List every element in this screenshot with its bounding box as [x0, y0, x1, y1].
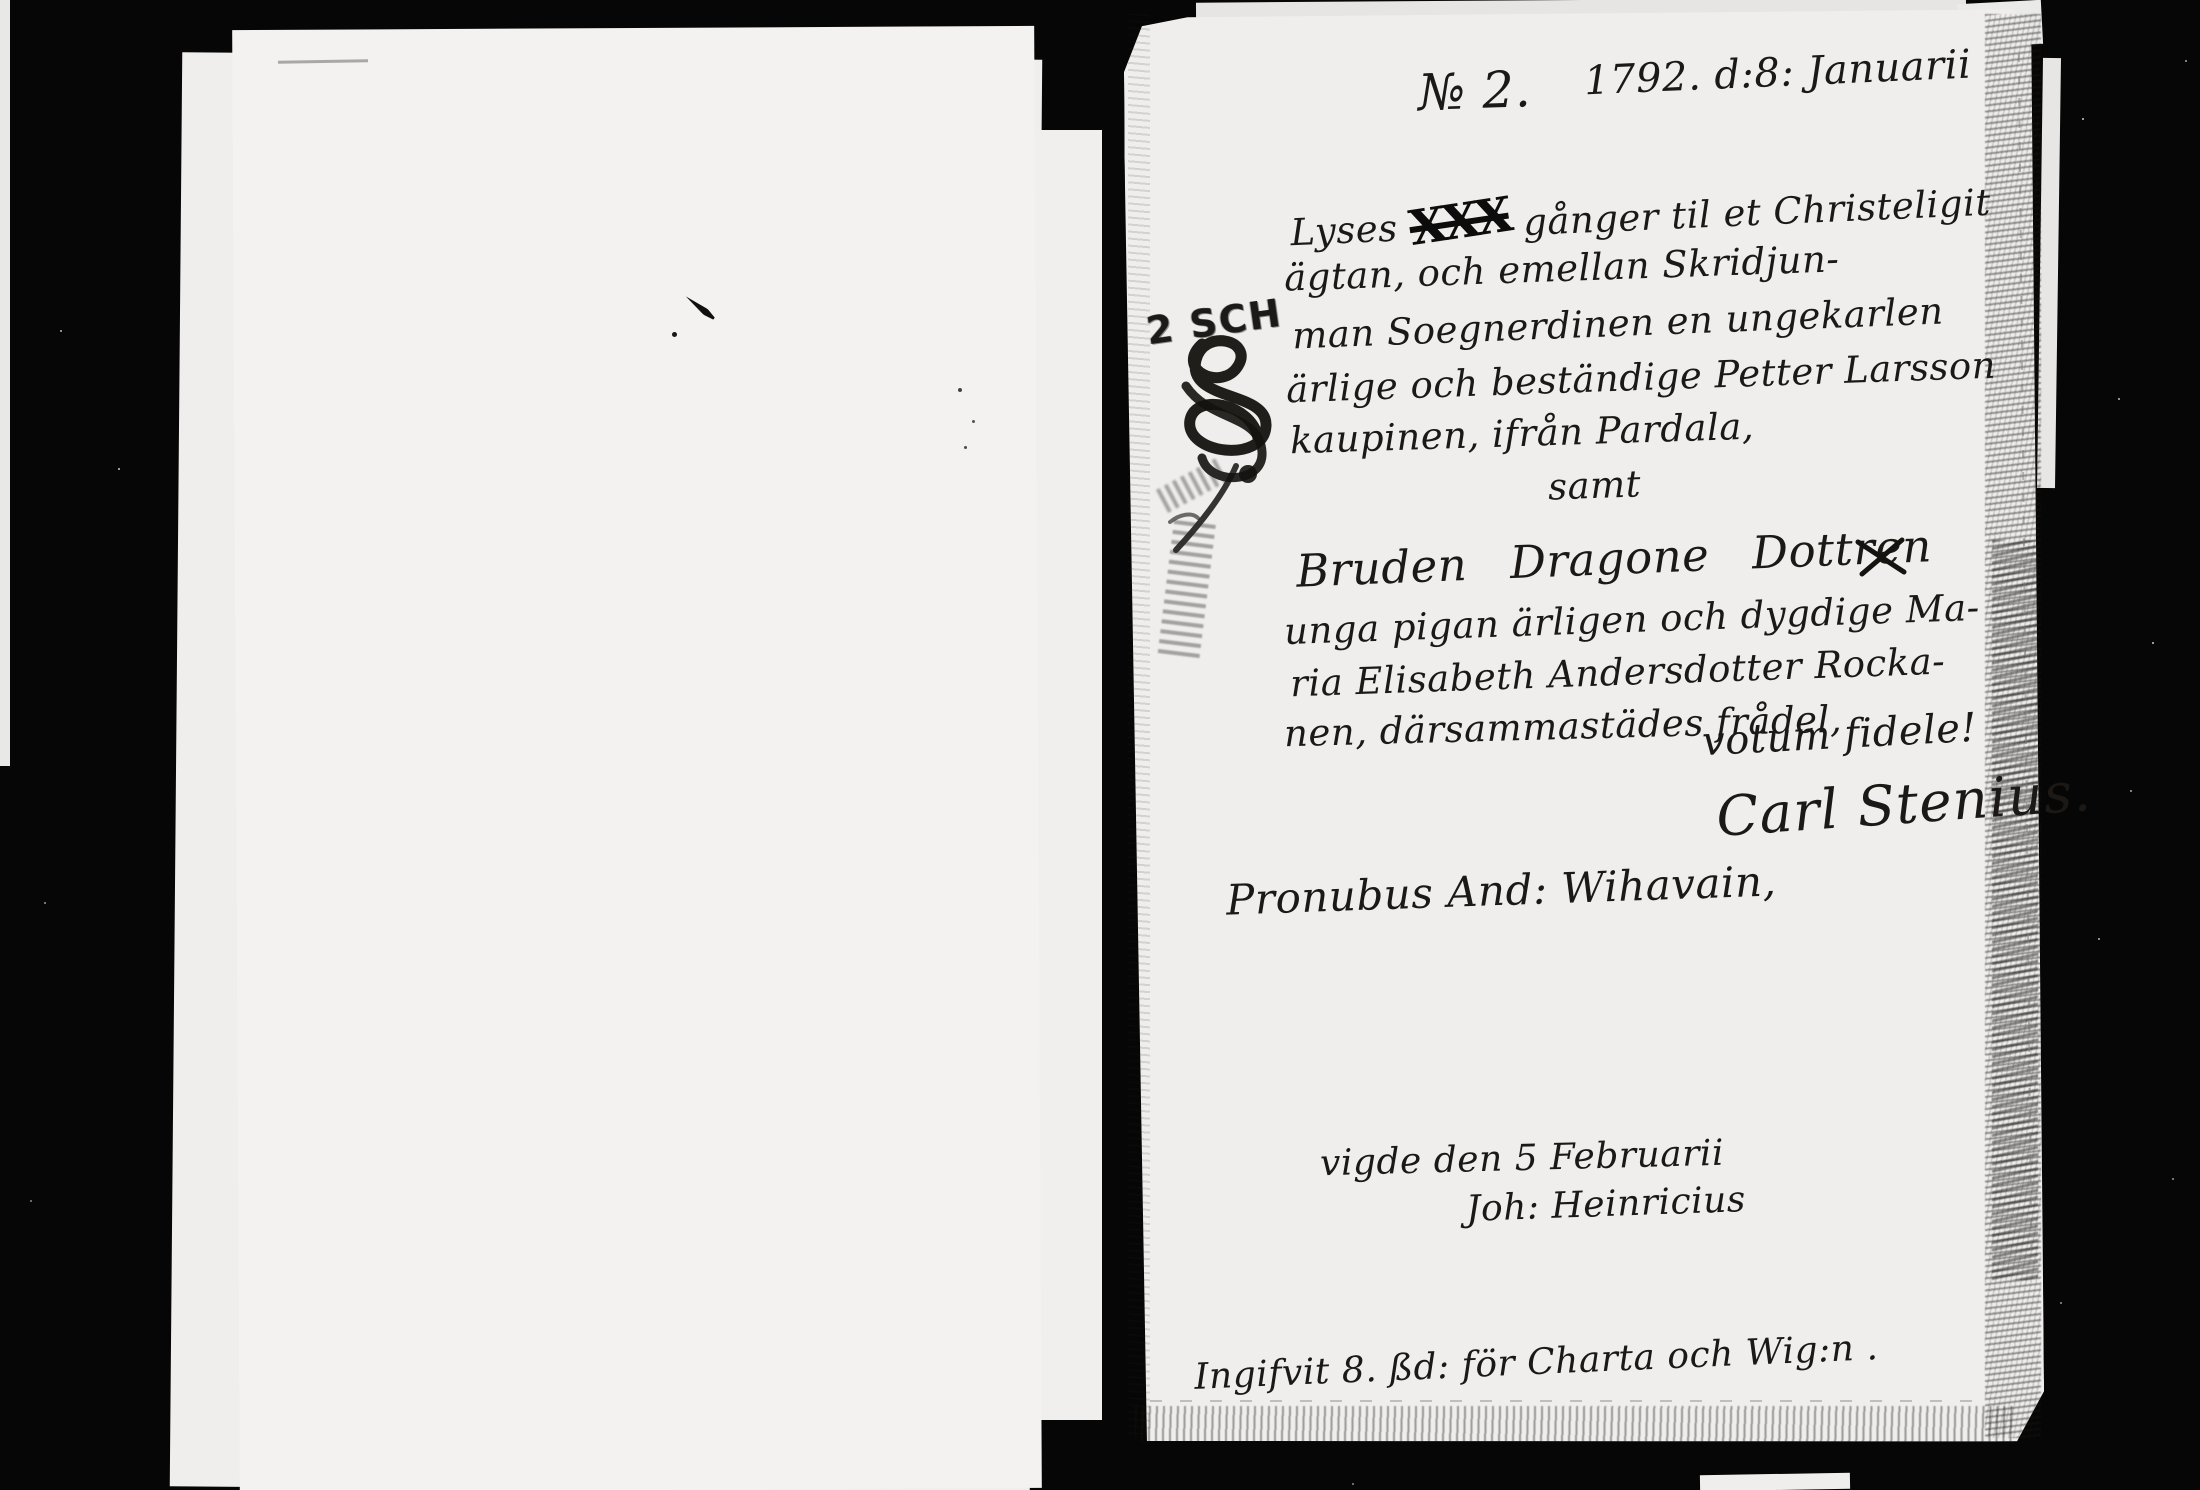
left-edge-paper-sliver: [0, 0, 10, 766]
struck-out-word: XXX: [1406, 187, 1513, 257]
scanned-book-opening: 2 SCH № 2. 1792. d:8: Januarii LysesXXXg…: [0, 0, 2200, 1490]
banns-line-1-pre: Lyses: [1290, 207, 1399, 255]
record-number: № 2.: [1417, 60, 1532, 122]
bottom-edge-rough-texture: [1135, 1406, 2015, 1442]
ink-cross-mark: [1852, 536, 1912, 578]
ink-speck-dot: [672, 332, 677, 337]
ink-seal-scribble: [1140, 326, 1310, 576]
paper-fleck: [958, 388, 962, 392]
paper-fleck: [964, 446, 967, 449]
banns-line-6: samt: [1547, 462, 1641, 508]
paper-fleck: [972, 420, 975, 423]
bottom-paper-fragment: [1700, 1473, 1850, 1490]
bottom-fold-crease: [1150, 1400, 1990, 1402]
left-page: [232, 26, 1042, 1490]
gutter-edge-texture: [1128, 14, 1150, 1434]
